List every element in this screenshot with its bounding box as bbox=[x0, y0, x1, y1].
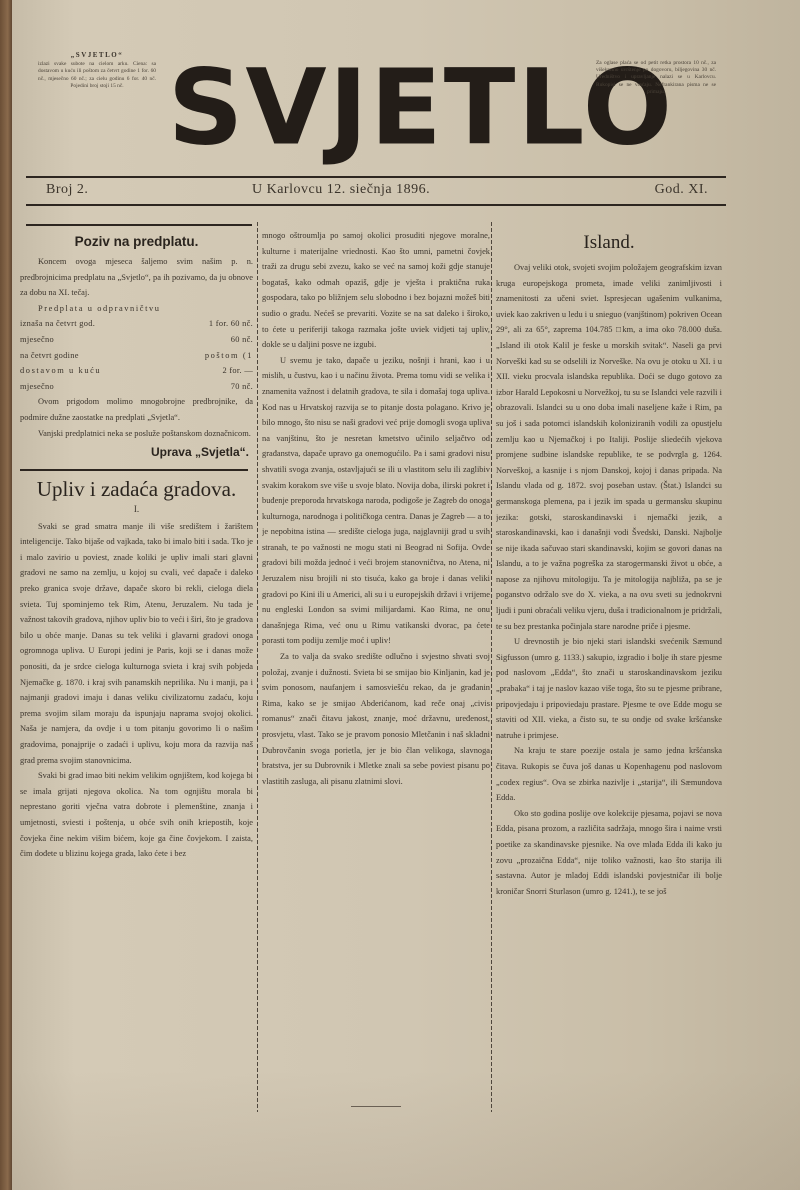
price-label: mjesečno bbox=[20, 332, 54, 348]
dateline-rule-bottom bbox=[26, 204, 726, 206]
subscription-intro: Koncem ovoga mjeseca šaljemo svim našim … bbox=[20, 254, 253, 301]
price-label: na četvrt godine bbox=[20, 348, 79, 364]
column-divider-1 bbox=[257, 222, 258, 1112]
column-1: Poziv na predplatu. Koncem ovoga mjeseca… bbox=[20, 228, 253, 1064]
price-label: dostavom u kuću bbox=[20, 363, 101, 379]
paragraph: U drevnostih je bio njeki stari islandsk… bbox=[496, 634, 722, 743]
masthead-left-note: „SVJETLO“ izlazi svake subote na cielom … bbox=[38, 52, 156, 90]
price-list: iznaša na četvrt god.1 for. 60 nč. mjese… bbox=[20, 316, 253, 394]
newspaper-page: „SVJETLO“ izlazi svake subote na cielom … bbox=[12, 0, 800, 1190]
price-heading: Predplata u odpravničtvu bbox=[20, 301, 253, 317]
price-value: 2 for. — bbox=[222, 363, 253, 379]
subscription-box: Poziv na predplatu. Koncem ovoga mjeseca… bbox=[20, 232, 253, 461]
price-row: na četvrt godinepoštom (1 bbox=[20, 348, 253, 364]
paragraph: Za to valja da svako središte odlučno i … bbox=[262, 649, 490, 789]
box-rule-bottom bbox=[20, 469, 248, 471]
column-divider-2 bbox=[491, 222, 492, 1112]
paragraph: Svaki bi grad imao biti nekim velikim og… bbox=[20, 768, 253, 862]
paragraph: Oko sto godina poslije ove kolekcije pje… bbox=[496, 806, 722, 900]
column-3: Island. Ovaj veliki otok, svojeti svojim… bbox=[496, 228, 722, 1105]
price-row: dostavom u kuću2 for. — bbox=[20, 363, 253, 379]
paragraph: Na kraju te stare poezije ostala je samo… bbox=[496, 743, 722, 805]
masthead-left-note-heading: „SVJETLO“ bbox=[38, 52, 156, 59]
subscription-title: Poziv na predplatu. bbox=[20, 232, 253, 252]
newspaper-title: SVJETLO bbox=[168, 53, 601, 165]
volume-number: God. XI. bbox=[655, 182, 708, 198]
price-label: mjesečno bbox=[20, 379, 54, 395]
masthead-rule-top bbox=[26, 176, 726, 178]
paragraph: Ovaj veliki otok, svojeti svojim položaj… bbox=[496, 260, 722, 634]
subscription-signature: Uprava „Svjetla“. bbox=[20, 443, 253, 461]
article-cities-body-part-2: mnogo oštroumlja po samoj okolici prosud… bbox=[262, 228, 490, 1098]
subscription-note-2: Vanjski predplatnici neka se posluže poš… bbox=[20, 426, 253, 442]
price-row: mjesečno60 nč. bbox=[20, 332, 253, 348]
subscription-note-1: Ovom prigodom molimo mnogobrojne predbro… bbox=[20, 394, 253, 425]
article-island-body: Ovaj veliki otok, svojeti svojim položaj… bbox=[496, 260, 722, 1105]
article-title-island: Island. bbox=[496, 230, 722, 256]
issue-number: Broj 2. bbox=[46, 182, 88, 198]
price-value: 70 nč. bbox=[231, 379, 253, 395]
masthead: „SVJETLO“ izlazi svake subote na cielom … bbox=[26, 52, 726, 172]
article-end-rule bbox=[351, 1106, 401, 1107]
price-row: iznaša na četvrt god.1 for. 60 nč. bbox=[20, 316, 253, 332]
paragraph: U svemu je tako, dapače u jeziku, nošnji… bbox=[262, 353, 490, 649]
dateline: Broj 2. U Karlovcu 12. siečnja 1896. God… bbox=[40, 182, 720, 202]
article-part-number: I. bbox=[20, 503, 253, 515]
masthead-right-note: Za oglase plaća se od petit retka prosto… bbox=[596, 60, 716, 96]
article-cities-body-part-1: Svaki se grad smatra manje ili više sred… bbox=[20, 519, 253, 1064]
article-title-cities: Upliv i zadaća gradova. bbox=[20, 475, 253, 503]
price-label: iznaša na četvrt god. bbox=[20, 316, 95, 332]
paragraph: mnogo oštroumlja po samoj okolici prosud… bbox=[262, 228, 490, 353]
price-value: 1 for. 60 nč. bbox=[209, 316, 253, 332]
box-rule-top bbox=[26, 224, 252, 226]
price-value: 60 nč. bbox=[231, 332, 253, 348]
place-date: U Karlovcu 12. siečnja 1896. bbox=[252, 182, 430, 198]
price-value: poštom (1 bbox=[205, 348, 253, 364]
paragraph: Svaki se grad smatra manje ili više sred… bbox=[20, 519, 253, 769]
price-row: mjesečno70 nč. bbox=[20, 379, 253, 395]
masthead-left-note-text: izlazi svake subote na cielom arku. Cien… bbox=[38, 61, 156, 89]
column-2: mnogo oštroumlja po samoj okolici prosud… bbox=[262, 228, 490, 1107]
